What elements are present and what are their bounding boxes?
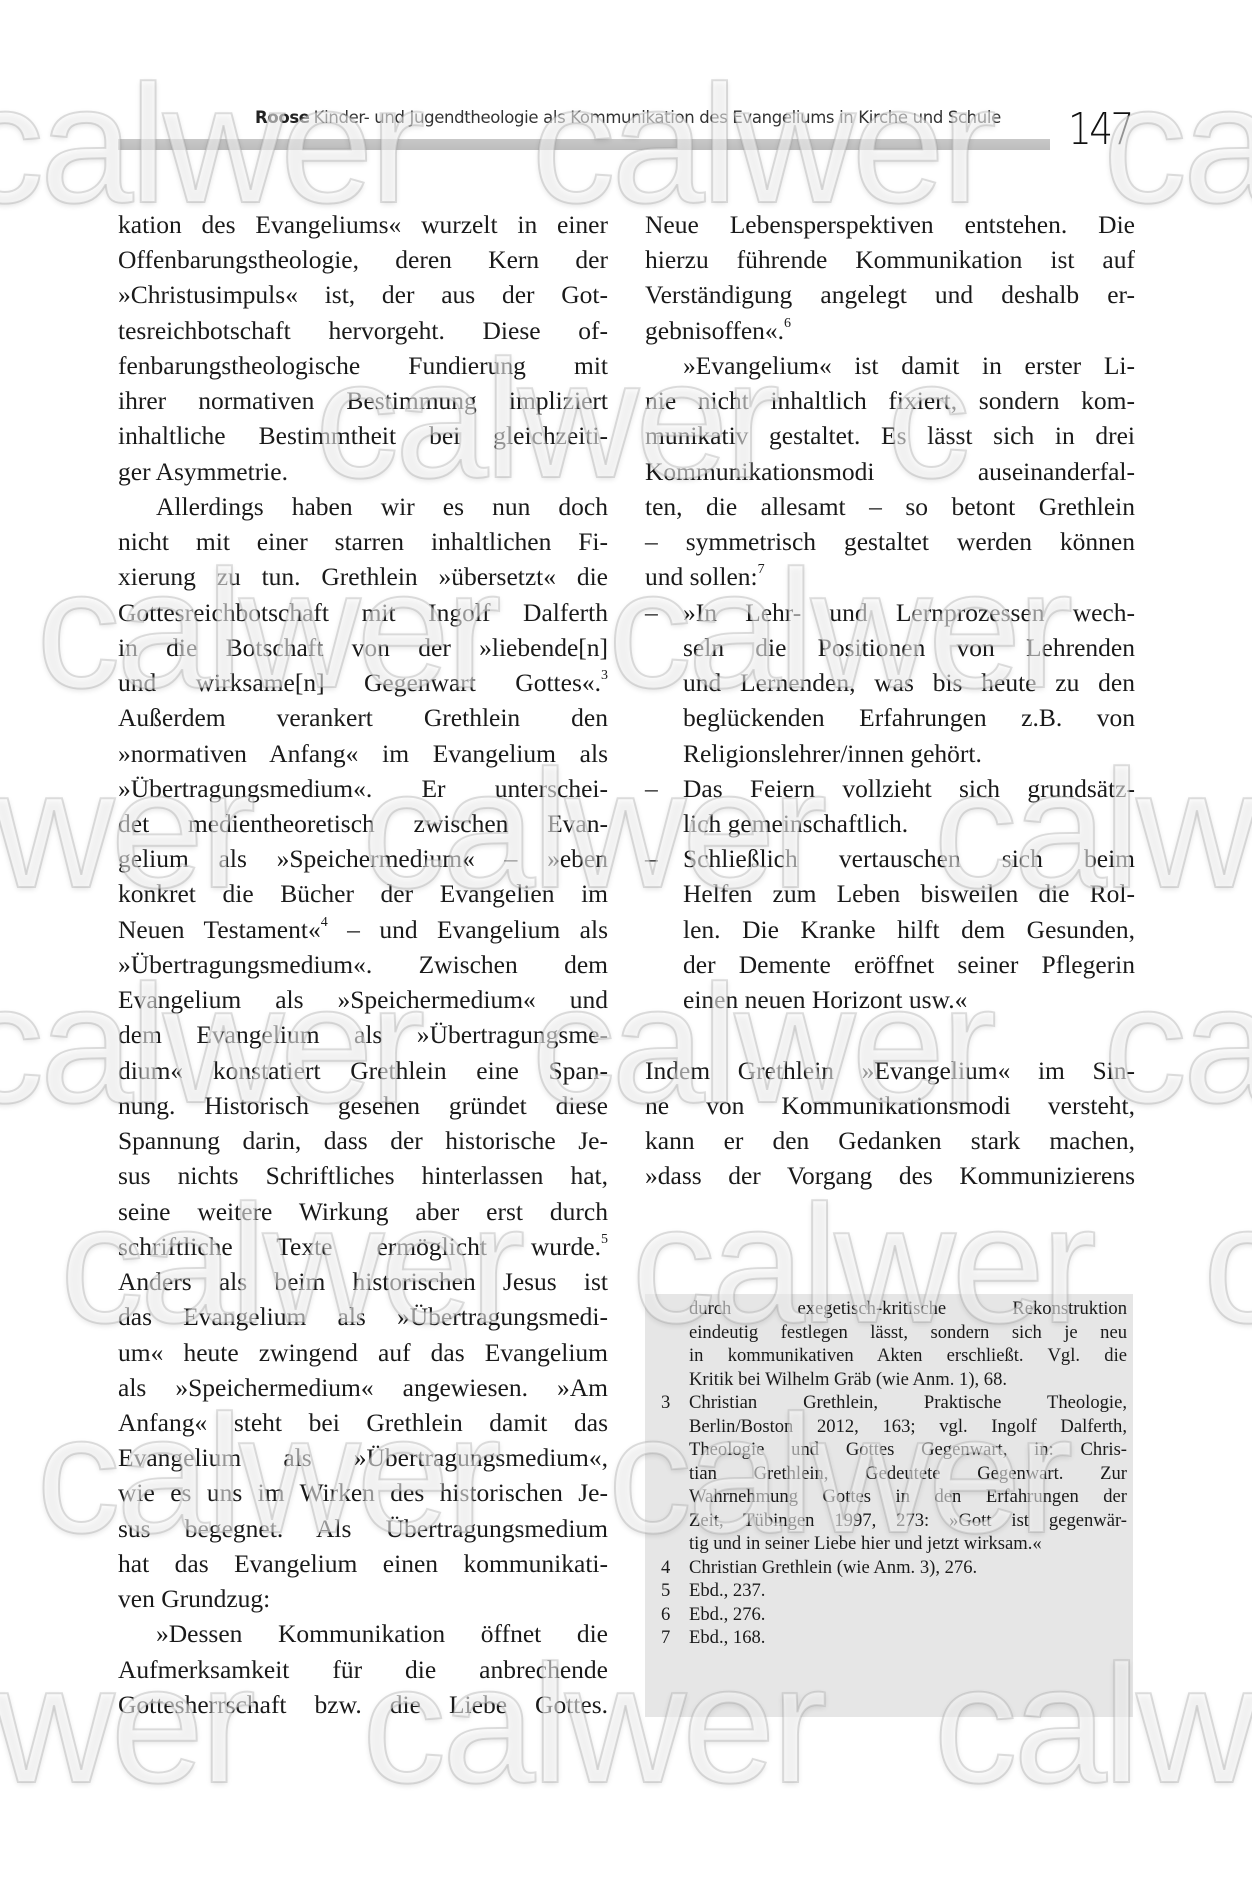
footnote-line: tig und in seiner Liebe hier und jetzt w… bbox=[689, 1532, 1127, 1556]
line-text: lich gemeinschaftlich. bbox=[683, 809, 908, 838]
footnote-line: 5Ebd., 237. bbox=[689, 1579, 1127, 1603]
line-text: Evangelium als »Übertragungsmedium«, bbox=[118, 1443, 608, 1472]
text-line: Aufmerksamkeit für die anbrechende bbox=[118, 1652, 608, 1687]
text-line: –Schließlich vertauschen sich beim bbox=[645, 841, 1135, 876]
line-text: Neuen Testament« bbox=[118, 915, 321, 944]
line-text: ihrer normativen Bestimmung impliziert bbox=[118, 386, 608, 415]
line-text: konkret die Bücher der Evangelien im bbox=[118, 879, 608, 908]
footnote-number: 6 bbox=[661, 1603, 670, 1627]
footnote-text: Zeit, Tübingen 1997, 273: »Gott ist gege… bbox=[689, 1510, 1127, 1531]
line-text: nie nicht inhaltlich fixiert, sondern ko… bbox=[645, 386, 1135, 415]
footnote-line: in kommunikativen Akten erschließt. Vgl.… bbox=[689, 1344, 1127, 1368]
text-line: einen neuen Horizont usw.« bbox=[645, 982, 1135, 1017]
footnote-text: Christian Grethlein (wie Anm. 3), 276. bbox=[689, 1557, 977, 1578]
line-text: kann er den Gedanken stark machen, bbox=[645, 1126, 1135, 1155]
footnote-line: eindeutig festlegen lässt, sondern sich … bbox=[689, 1321, 1127, 1345]
text-line: hat das Evangelium einen kommunikati- bbox=[118, 1546, 608, 1581]
list-dash: – bbox=[645, 771, 658, 806]
text-line: – symmetrisch gestaltet werden können bbox=[645, 524, 1135, 559]
footnote-number: 3 bbox=[661, 1391, 670, 1415]
line-text: munikativ gestaltet. Es lässt sich in dr… bbox=[645, 421, 1135, 450]
book-page: calwercalwercalwcalwercercalwercalwerlwe… bbox=[0, 0, 1252, 1877]
line-text: sus begegnet. Als Übertragungsmedium bbox=[118, 1514, 608, 1543]
text-line: –Das Feiern vollzieht sich grundsätz- bbox=[645, 771, 1135, 806]
line-text: hierzu führende Kommunikation ist auf bbox=[645, 245, 1135, 274]
text-line: ne von Kommunikationsmodi versteht, bbox=[645, 1088, 1135, 1123]
line-text: inhaltliche Bestimmtheit bei gleichzeiti… bbox=[118, 421, 608, 450]
line-text: Gottesherrschaft bzw. die Liebe Gottes. bbox=[118, 1690, 608, 1719]
text-line: seine weitere Wirkung aber erst durch bbox=[118, 1194, 608, 1229]
line-text: Schließlich vertauschen sich beim bbox=[683, 844, 1135, 873]
text-line: und sollen:7 bbox=[645, 559, 1135, 594]
footnote-ref: 4 bbox=[321, 915, 328, 930]
line-text: Indem Grethlein »Evangelium« im Sin- bbox=[645, 1056, 1135, 1085]
line-text: und Lernenden, was bis heute zu den bbox=[683, 668, 1135, 697]
text-line: konkret die Bücher der Evangelien im bbox=[118, 876, 608, 911]
text-line: Neuen Testament«4 – und Evangelium als bbox=[118, 912, 608, 947]
text-line: in die Botschaft von der »liebende[n] bbox=[118, 630, 608, 665]
line-text: »Evangelium« ist damit in erster Li- bbox=[683, 351, 1135, 380]
text-line: der Demente eröffnet seiner Pflegerin bbox=[645, 947, 1135, 982]
footnote-text: Berlin/Boston 2012, 163; vgl. Ingolf Dal… bbox=[689, 1416, 1127, 1437]
text-line: nicht mit einer starren inhaltlichen Fi- bbox=[118, 524, 608, 559]
text-line: nung. Historisch gesehen gründet diese bbox=[118, 1088, 608, 1123]
footnote-ref: 5 bbox=[601, 1232, 608, 1247]
line-text: dem Evangelium als »Übertragungsme- bbox=[118, 1020, 608, 1049]
line-text: ven Grundzug: bbox=[118, 1584, 270, 1613]
text-line: Offenbarungstheologie, deren Kern der bbox=[118, 242, 608, 277]
footnote-text: Ebd., 237. bbox=[689, 1580, 765, 1601]
line-text: kation des Evangeliums« wurzelt in einer bbox=[118, 210, 608, 239]
footnote-line: Berlin/Boston 2012, 163; vgl. Ingolf Dal… bbox=[689, 1415, 1127, 1439]
text-line: nie nicht inhaltlich fixiert, sondern ko… bbox=[645, 383, 1135, 418]
footnotes: durch exegetisch-kritische Rekonstruktio… bbox=[689, 1297, 1127, 1650]
text-line: »normativen Anfang« im Evangelium als bbox=[118, 736, 608, 771]
line-text: Neue Lebensperspektiven entstehen. Die bbox=[645, 210, 1135, 239]
line-text: Allerdings haben wir es nun doch bbox=[156, 492, 608, 521]
text-line: Anfang« steht bei Grethlein damit das bbox=[118, 1405, 608, 1440]
text-line: kation des Evangeliums« wurzelt in einer bbox=[118, 207, 608, 242]
text-line: Anders als beim historischen Jesus ist bbox=[118, 1264, 608, 1299]
line-text: beglückenden Erfahrungen z.B. von bbox=[683, 703, 1135, 732]
line-text: Aufmerksamkeit für die anbrechende bbox=[118, 1655, 608, 1684]
list-item: –»In Lehr- und Lernprozessen wech-seln d… bbox=[645, 595, 1135, 771]
line-text: Außerdem verankert Grethlein den bbox=[118, 703, 608, 732]
footnote-text: Ebd., 276. bbox=[689, 1604, 765, 1625]
footnote-number: 5 bbox=[661, 1579, 670, 1603]
footnote-text: Theologie und Gottes Gegenwart, in: Chri… bbox=[689, 1439, 1127, 1460]
running-head: RooseKinder- und Jugendtheologie als Kom… bbox=[255, 108, 1055, 127]
text-line: Kommunikationsmodi auseinanderfal- bbox=[645, 454, 1135, 489]
text-line: sus nichts Schriftliches hinterlassen ha… bbox=[118, 1158, 608, 1193]
text-line: tesreichbotschaft hervorgeht. Diese of- bbox=[118, 313, 608, 348]
line-text: Anfang« steht bei Grethlein damit das bbox=[118, 1408, 608, 1437]
line-text: tesreichbotschaft hervorgeht. Diese of- bbox=[118, 316, 608, 345]
footnote-line: 3Christian Grethlein, Praktische Theolog… bbox=[689, 1391, 1127, 1415]
line-text: ne von Kommunikationsmodi versteht, bbox=[645, 1091, 1135, 1120]
text-line: »Christusimpuls« ist, der aus der Got- bbox=[118, 277, 608, 312]
text-line: ihrer normativen Bestimmung impliziert bbox=[118, 383, 608, 418]
line-text: seln die Positionen von Lehrenden bbox=[683, 633, 1135, 662]
text-line: –»In Lehr- und Lernprozessen wech- bbox=[645, 595, 1135, 630]
footnote-5: 5Ebd., 237. bbox=[689, 1579, 1127, 1603]
line-text: sus nichts Schriftliches hinterlassen ha… bbox=[118, 1161, 608, 1190]
text-line: »dass der Vorgang des Kommunizierens bbox=[645, 1158, 1135, 1193]
line-text: »dass der Vorgang des Kommunizierens bbox=[645, 1161, 1135, 1190]
footnote-ref: 7 bbox=[758, 562, 765, 577]
running-head-author: Roose bbox=[255, 108, 310, 127]
footnote-7: 7Ebd., 168. bbox=[689, 1626, 1127, 1650]
line-text: um« heute zwingend auf das Evangelium bbox=[118, 1338, 608, 1367]
line-text: – und Evangelium als bbox=[328, 915, 608, 944]
text-line: dium« konstatiert Grethlein eine Span- bbox=[118, 1053, 608, 1088]
footnote-ref: 6 bbox=[784, 316, 791, 331]
text-line: als »Speichermedium« angewiesen. »Am bbox=[118, 1370, 608, 1405]
footnote-line: Theologie und Gottes Gegenwart, in: Chri… bbox=[689, 1438, 1127, 1462]
running-head-title: Kinder- und Jugendtheologie als Kommunik… bbox=[314, 108, 1001, 127]
footnote-line: 4Christian Grethlein (wie Anm. 3), 276. bbox=[689, 1556, 1127, 1580]
line-text: das Evangelium als »Übertragungsmedi- bbox=[118, 1302, 608, 1331]
footnote-text: tig und in seiner Liebe hier und jetzt w… bbox=[689, 1533, 1042, 1554]
line-text: Spannung darin, dass der historische Je- bbox=[118, 1126, 608, 1155]
line-text: xierung zu tun. Grethlein »übersetzt« di… bbox=[118, 562, 608, 591]
text-line: sus begegnet. Als Übertragungsmedium bbox=[118, 1511, 608, 1546]
line-text: schriftliche Texte ermöglicht wurde. bbox=[118, 1232, 601, 1261]
text-line: lich gemeinschaftlich. bbox=[645, 806, 1135, 841]
text-line: ven Grundzug: bbox=[118, 1581, 608, 1616]
text-line: dem Evangelium als »Übertragungsme- bbox=[118, 1017, 608, 1052]
footnote-text: Christian Grethlein, Praktische Theologi… bbox=[689, 1392, 1127, 1413]
page-number: 147 bbox=[1068, 104, 1132, 155]
footnote-line: Zeit, Tübingen 1997, 273: »Gott ist gege… bbox=[689, 1509, 1127, 1533]
list-item: –Das Feiern vollzieht sich grundsätz-lic… bbox=[645, 771, 1135, 841]
line-text: »Dessen Kommunikation öffnet die bbox=[156, 1619, 608, 1648]
text-line: inhaltliche Bestimmtheit bei gleichzeiti… bbox=[118, 418, 608, 453]
text-line: xierung zu tun. Grethlein »übersetzt« di… bbox=[118, 559, 608, 594]
text-line: »Übertragungsmedium«. Zwischen dem bbox=[118, 947, 608, 982]
line-text: der Demente eröffnet seiner Pflegerin bbox=[683, 950, 1135, 979]
text-line: gebnisoffen«.6 bbox=[645, 313, 1135, 348]
footnote-number: 7 bbox=[661, 1626, 670, 1650]
line-text: gelium als »Speichermedium« – »eben bbox=[118, 844, 608, 873]
line-text: »normativen Anfang« im Evangelium als bbox=[118, 739, 608, 768]
list-dash: – bbox=[645, 841, 658, 876]
text-line: hierzu führende Kommunikation ist auf bbox=[645, 242, 1135, 277]
text-line: Religionslehrer/innen gehört. bbox=[645, 736, 1135, 771]
line-text: als »Speichermedium« angewiesen. »Am bbox=[118, 1373, 608, 1402]
line-text: fenbarungstheologische Fundierung mit bbox=[118, 351, 608, 380]
line-text: det medientheoretisch zwischen Evan- bbox=[118, 809, 608, 838]
line-text: Helfen zum Leben bisweilen die Rol- bbox=[683, 879, 1135, 908]
text-line: Außerdem verankert Grethlein den bbox=[118, 700, 608, 735]
text-line: ger Asymmetrie. bbox=[118, 454, 608, 489]
line-text: und wirksame[n] Gegenwart Gottes«. bbox=[118, 668, 601, 697]
text-line: schriftliche Texte ermöglicht wurde.5 bbox=[118, 1229, 608, 1264]
line-text: Das Feiern vollzieht sich grundsätz- bbox=[683, 774, 1135, 803]
footnote-3: 3Christian Grethlein, Praktische Theolog… bbox=[689, 1391, 1127, 1556]
list-dash: – bbox=[645, 595, 658, 630]
text-line: Evangelium als »Übertragungsmedium«, bbox=[118, 1440, 608, 1475]
watermark-text: calwer bbox=[1203, 1170, 1252, 1358]
line-text: hat das Evangelium einen kommunikati- bbox=[118, 1549, 608, 1578]
footnote-6: 6Ebd., 276. bbox=[689, 1603, 1127, 1627]
text-line: Spannung darin, dass der historische Je- bbox=[118, 1123, 608, 1158]
list-item: –Schließlich vertauschen sich beimHelfen… bbox=[645, 841, 1135, 1017]
footnote-text: tian Grethlein, Gedeutete Gegenwart. Zur bbox=[689, 1463, 1127, 1484]
text-line: Allerdings haben wir es nun doch bbox=[118, 489, 608, 524]
left-column: kation des Evangeliums« wurzelt in einer… bbox=[118, 207, 608, 1722]
line-text: und sollen: bbox=[645, 562, 758, 591]
line-text: Religionslehrer/innen gehört. bbox=[683, 739, 982, 768]
text-line: seln die Positionen von Lehrenden bbox=[645, 630, 1135, 665]
text-line: kann er den Gedanken stark machen, bbox=[645, 1123, 1135, 1158]
line-text: nung. Historisch gesehen gründet diese bbox=[118, 1091, 608, 1120]
text-line: Gottesreichbotschaft mit Ingolf Dalferth bbox=[118, 595, 608, 630]
text-line: Indem Grethlein »Evangelium« im Sin- bbox=[645, 1053, 1135, 1088]
text-line: gelium als »Speichermedium« – »eben bbox=[118, 841, 608, 876]
line-text: dium« konstatiert Grethlein eine Span- bbox=[118, 1056, 608, 1085]
line-text: Gottesreichbotschaft mit Ingolf Dalferth bbox=[118, 598, 608, 627]
line-text: einen neuen Horizont usw.« bbox=[683, 985, 967, 1014]
line-text: Kommunikationsmodi auseinanderfal- bbox=[645, 457, 1135, 486]
line-text: gebnisoffen«. bbox=[645, 316, 784, 345]
line-text: ten, die allesamt – so betont Grethlein bbox=[645, 492, 1135, 521]
line-text: Anders als beim historischen Jesus ist bbox=[118, 1267, 608, 1296]
text-line: det medientheoretisch zwischen Evan- bbox=[118, 806, 608, 841]
footnote-number: 4 bbox=[661, 1556, 670, 1580]
text-line: ten, die allesamt – so betont Grethlein bbox=[645, 489, 1135, 524]
footnote-text: Wahrnehmung Gottes in den Erfahrungen de… bbox=[689, 1486, 1127, 1507]
text-line: und Lernenden, was bis heute zu den bbox=[645, 665, 1135, 700]
text-line: und wirksame[n] Gegenwart Gottes«.3 bbox=[118, 665, 608, 700]
text-line: len. Die Kranke hilft dem Gesunden, bbox=[645, 912, 1135, 947]
line-text: »Übertragungsmedium«. Zwischen dem bbox=[118, 950, 608, 979]
line-text: in die Botschaft von der »liebende[n] bbox=[118, 633, 608, 662]
line-text: »In Lehr- und Lernprozessen wech- bbox=[683, 598, 1135, 627]
line-text: Evangelium als »Speichermedium« und bbox=[118, 985, 608, 1014]
text-line: »Evangelium« ist damit in erster Li- bbox=[645, 348, 1135, 383]
text-line: das Evangelium als »Übertragungsmedi- bbox=[118, 1299, 608, 1334]
text-line: »Dessen Kommunikation öffnet die bbox=[118, 1616, 608, 1651]
text-line: Helfen zum Leben bisweilen die Rol- bbox=[645, 876, 1135, 911]
text-line: »Übertragungsmedium«. Er unterschei- bbox=[118, 771, 608, 806]
line-text: ger Asymmetrie. bbox=[118, 457, 288, 486]
text-line: Gottesherrschaft bzw. die Liebe Gottes. bbox=[118, 1687, 608, 1722]
text-line: um« heute zwingend auf das Evangelium bbox=[118, 1335, 608, 1370]
footnote-text: Ebd., 168. bbox=[689, 1627, 765, 1648]
footnote-line: tian Grethlein, Gedeutete Gegenwart. Zur bbox=[689, 1462, 1127, 1486]
right-column: Neue Lebensperspektiven entstehen. Diehi… bbox=[645, 207, 1135, 1194]
line-text: – symmetrisch gestaltet werden können bbox=[645, 527, 1135, 556]
footnote-line: Kritik bei Wilhelm Gräb (wie Anm. 1), 68… bbox=[689, 1368, 1127, 1392]
text-line: munikativ gestaltet. Es lässt sich in dr… bbox=[645, 418, 1135, 453]
footnote-line: Wahrnehmung Gottes in den Erfahrungen de… bbox=[689, 1485, 1127, 1509]
line-text: wie es uns im Wirken des historischen Je… bbox=[118, 1478, 608, 1507]
footnote-line: 6Ebd., 276. bbox=[689, 1603, 1127, 1627]
header-rule bbox=[118, 139, 1050, 150]
footnote-line: 7Ebd., 168. bbox=[689, 1626, 1127, 1650]
line-text: »Übertragungsmedium«. Er unterschei- bbox=[118, 774, 608, 803]
line-text: seine weitere Wirkung aber erst durch bbox=[118, 1197, 608, 1226]
text-line: Verständigung angelegt und deshalb er- bbox=[645, 277, 1135, 312]
footnote-line: durch exegetisch-kritische Rekonstruktio… bbox=[689, 1297, 1127, 1321]
footnote-4: 4Christian Grethlein (wie Anm. 3), 276. bbox=[689, 1556, 1127, 1580]
line-text: Verständigung angelegt und deshalb er- bbox=[645, 280, 1135, 309]
text-line: beglückenden Erfahrungen z.B. von bbox=[645, 700, 1135, 735]
text-line: fenbarungstheologische Fundierung mit bbox=[118, 348, 608, 383]
line-text: nicht mit einer starren inhaltlichen Fi- bbox=[118, 527, 608, 556]
line-text: len. Die Kranke hilft dem Gesunden, bbox=[683, 915, 1135, 944]
line-text: »Christusimpuls« ist, der aus der Got- bbox=[118, 280, 608, 309]
footnote-ref: 3 bbox=[601, 668, 608, 683]
text-line: wie es uns im Wirken des historischen Je… bbox=[118, 1475, 608, 1510]
line-text: Offenbarungstheologie, deren Kern der bbox=[118, 245, 608, 274]
paragraph-gap bbox=[645, 1017, 1135, 1052]
text-line: Neue Lebensperspektiven entstehen. Die bbox=[645, 207, 1135, 242]
text-line: Evangelium als »Speichermedium« und bbox=[118, 982, 608, 1017]
